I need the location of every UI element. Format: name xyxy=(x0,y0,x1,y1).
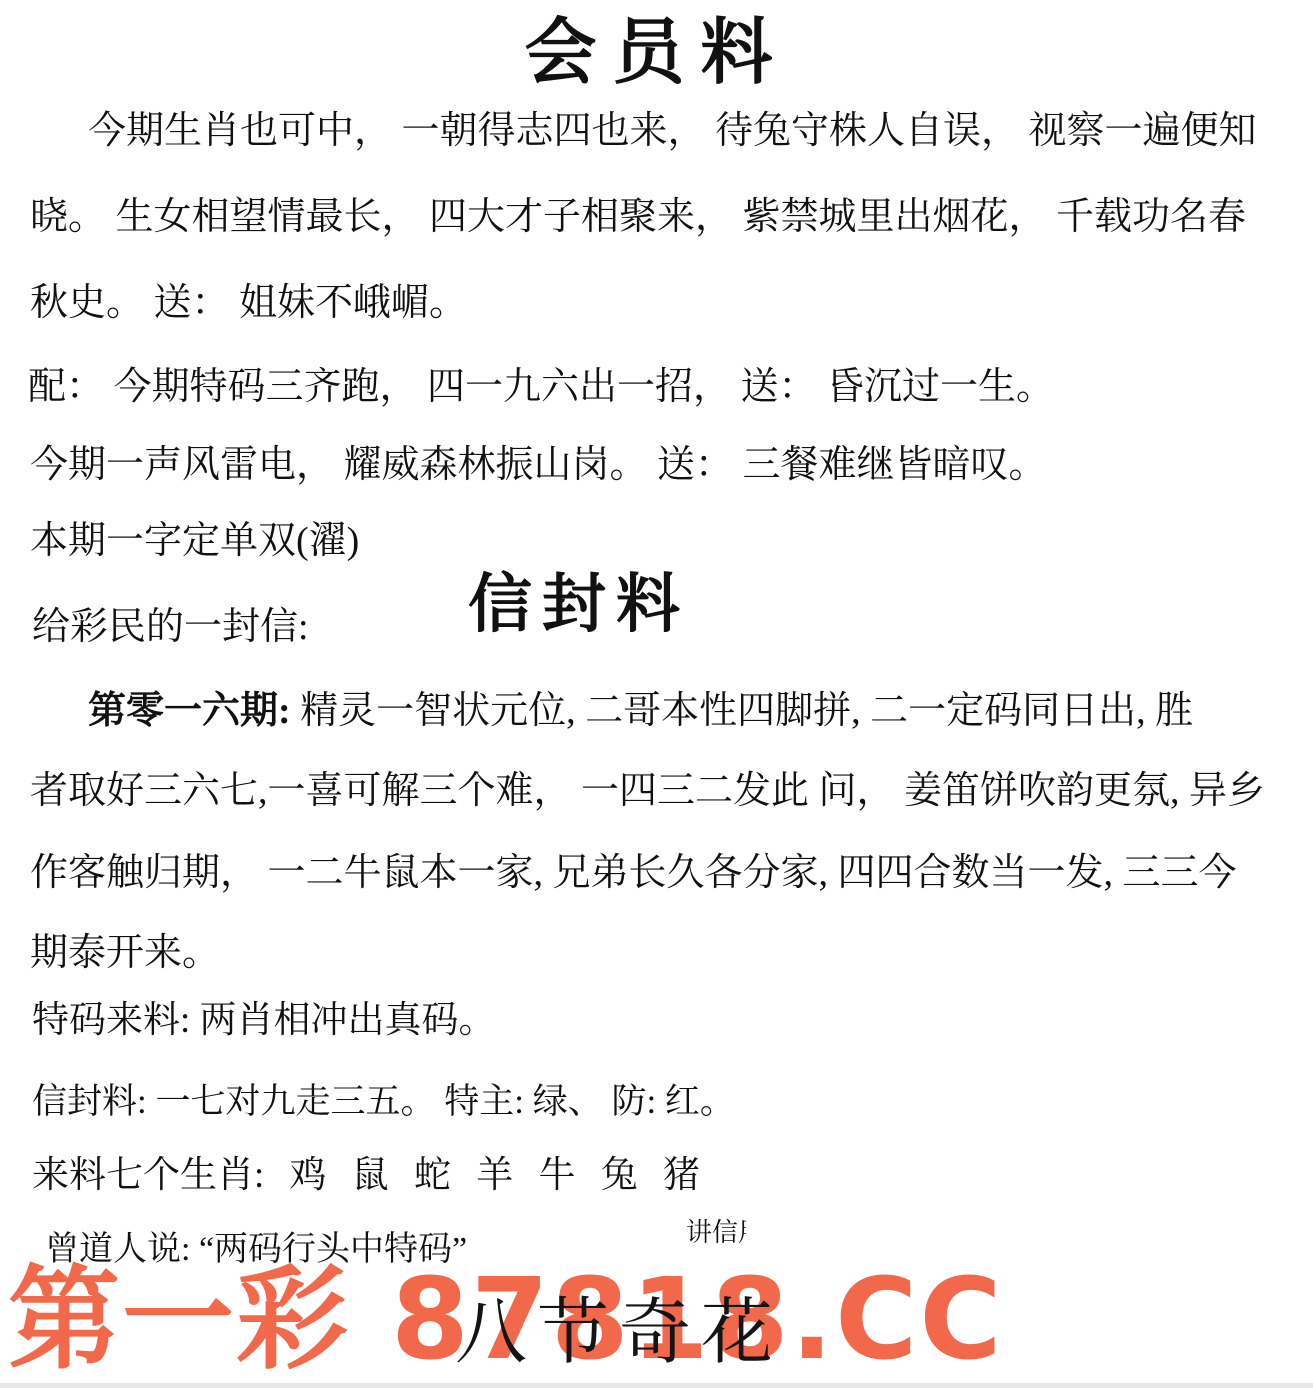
partial-text-clip: 讲信用 xyxy=(686,1218,746,1248)
scan-edge-artifact xyxy=(0,1383,1313,1388)
letter-to-players-line: 给彩民的一封信: xyxy=(32,606,309,650)
zodiac-list-line: 来料七个生肖: 鸡 鼠 蛇 羊 牛 兔 猪 xyxy=(32,1155,700,1198)
envelope-paragraph-line-1-text: 精灵一智状元位, 二哥本性四脚拼, 二一定码同日出, 胜 xyxy=(300,690,1193,732)
member-paragraph-line-1: 今期生肖也可中， 一朝得志四也来， 待兔守株人自误， 视察一遍便知 xyxy=(88,110,1257,154)
member-paragraph-line-2: 晓。 生女相望情最长， 四大才子相聚来， 紫禁城里出烟花， 千载功名春 xyxy=(30,196,1246,240)
pei-tip-line: 配： 今期特码三齐跑， 四一九六出一招， 送： 昏沉过一生。 xyxy=(28,366,1054,410)
issue-number-prefix: 第零一六期: xyxy=(88,690,291,732)
partial-text-fragment: 讲信用 xyxy=(686,1218,746,1248)
envelope-paragraph-line-1: 第零一六期: 精灵一智状元位, 二哥本性四脚拼, 二一定码同日出, 胜 xyxy=(88,690,1193,734)
member-paragraph-line-3: 秋史。 送： 姐妹不峨嵋。 xyxy=(30,282,467,326)
envelope-paragraph-line-4: 期泰开来。 xyxy=(30,932,220,976)
scanned-document-page: 会员料 今期生肖也可中， 一朝得志四也来， 待兔守株人自误， 视察一遍便知 晓。… xyxy=(0,0,1313,1388)
envelope-section-title: 信封料 xyxy=(468,568,690,642)
single-double-line: 本期一字定单双(濯) xyxy=(30,520,359,564)
envelope-paragraph-line-2: 者取好三六七,一喜可解三个难， 一四三二发此 问， 姜笛饼吹韵更氛, 异乡 xyxy=(30,770,1265,814)
storm-tip-line: 今期一声风雷电， 耀威森林振山岗。 送： 三餐难继皆暗叹。 xyxy=(30,444,1047,488)
envelope-pairs-line: 信封料: 一七对九走三五。 特主: 绿、 防: 红。 xyxy=(32,1082,735,1122)
footer-flower-title: 八节奇花 xyxy=(455,1292,783,1375)
special-code-line: 特码来料: 两肖相冲出真码。 xyxy=(32,1000,496,1043)
envelope-paragraph-line-3: 作客触归期， 一二牛鼠本一家, 兄弟长久各分家, 四四合数当一发, 三三今 xyxy=(30,852,1237,896)
member-section-title: 会员料 xyxy=(0,12,1313,95)
